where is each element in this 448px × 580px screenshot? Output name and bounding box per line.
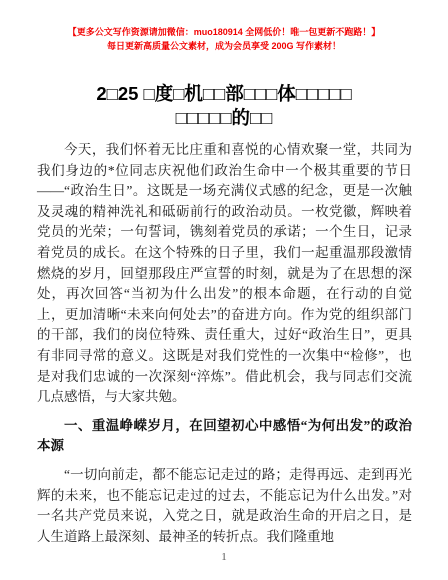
promo-line-1: 【更多公文写作资源请加微信：muo180914 全网低价！唯一包更新不跑路！】 <box>0 26 448 39</box>
paragraph-section-1: “一切向前走，都不能忘记走过的路；走得再远、走到再光辉的未来，也不能忘记走过的过… <box>37 465 412 547</box>
document-title: 2□25 □度□机□□部□□□体□□□□□ □□□□□的□□ <box>0 82 448 130</box>
section-heading-1: 一、重温峥嵘岁月，在回望初心中感悟“为何出发”的政治本源 <box>37 416 412 457</box>
document-page: 【更多公文写作资源请加微信：muo180914 全网低价！唯一包更新不跑路！】 … <box>0 0 448 580</box>
document-title-line-2: □□□□□的□□ <box>0 106 448 130</box>
page-number: 1 <box>0 551 448 563</box>
promo-header: 【更多公文写作资源请加微信：muo180914 全网低价！唯一包更新不跑路！】 … <box>0 26 448 53</box>
promo-line-2: 每日更新高质量公文素材，成为会员享受 200G 写作素材！ <box>0 40 448 53</box>
document-body: 今天，我们怀着无比庄重和喜悦的心情欢聚一堂，共同为我们身边的*位同志庆祝他们政治… <box>37 140 412 547</box>
paragraph-intro: 今天，我们怀着无比庄重和喜悦的心情欢聚一堂，共同为我们身边的*位同志庆祝他们政治… <box>37 140 412 408</box>
document-title-line-1: 2□25 □度□机□□部□□□体□□□□□ <box>0 82 448 106</box>
